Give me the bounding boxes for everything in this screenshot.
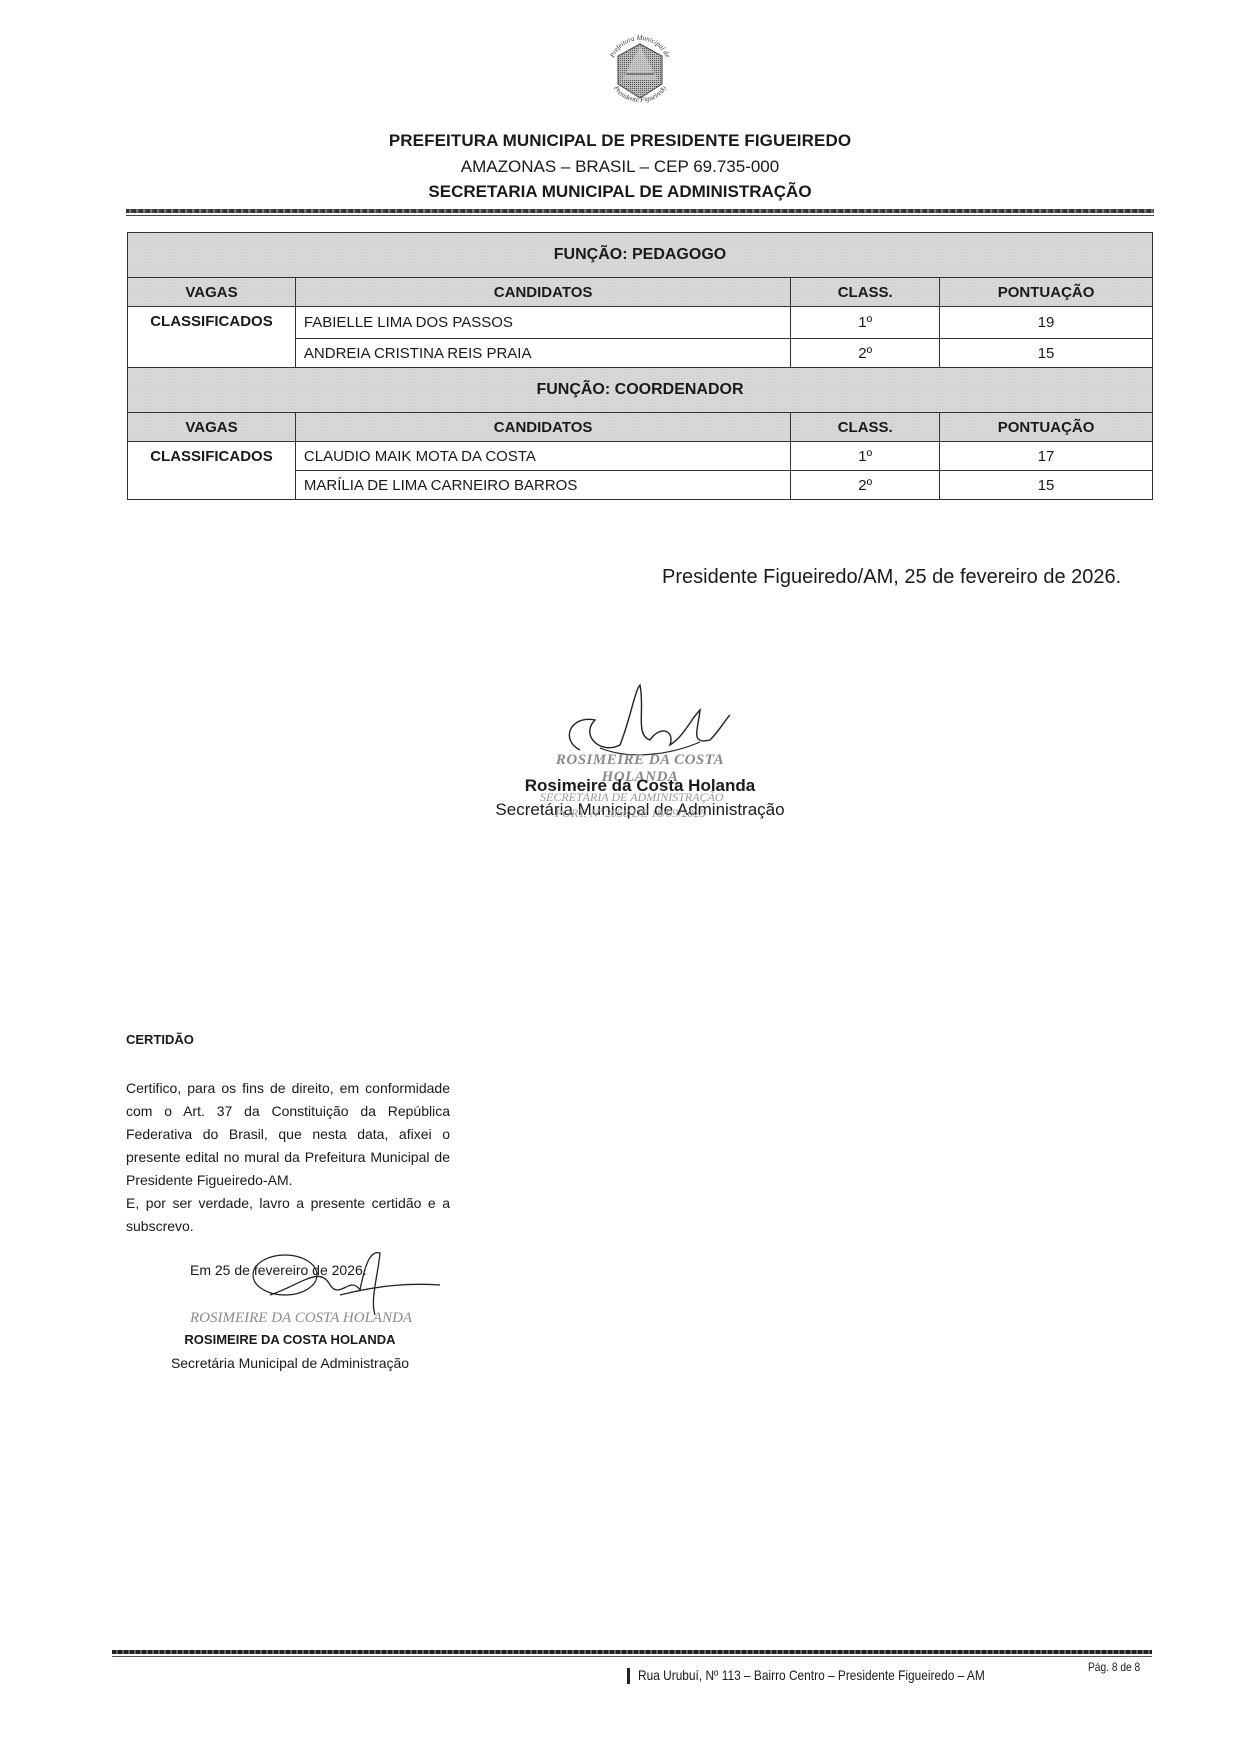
candidate-name: FABIELLE LIMA DOS PASSOS	[295, 307, 790, 339]
table-row: CLASSIFICADOS FABIELLE LIMA DOS PASSOS 1…	[128, 307, 1153, 339]
certidao-heading: CERTIDÃO	[126, 1032, 194, 1047]
column-header-row: VAGAS CANDIDATOS CLASS. PONTUAÇÃO	[128, 413, 1153, 442]
date-line: Presidente Figueiredo/AM, 25 de fevereir…	[662, 566, 1121, 589]
stamp-role: SECRETÁRIA DE ADMINISTRAÇÃO	[540, 790, 724, 805]
candidate-name: CLAUDIO MAIK MOTA DA COSTA	[295, 442, 790, 471]
header-divider	[126, 209, 1154, 213]
vagas-classificados: CLASSIFICADOS	[128, 307, 296, 368]
candidate-score: 15	[940, 339, 1153, 368]
header-department: SECRETARIA MUNICIPAL DE ADMINISTRAÇÃO	[0, 182, 1240, 202]
results-table: FUNÇÃO: PEDAGOGO VAGAS CANDIDATOS CLASS.…	[127, 232, 1153, 500]
candidate-score: 19	[940, 307, 1153, 339]
function-title: FUNÇÃO: PEDAGOGO	[128, 233, 1153, 278]
footer-address: Rua Urubuí, Nº 113 – Bairro Centro – Pre…	[638, 1667, 985, 1683]
stamp-decree: PORT. Nº 2056 DE 18/09/2025	[555, 806, 706, 821]
candidate-class: 2º	[791, 339, 940, 368]
vagas-classificados: CLASSIFICADOS	[128, 442, 296, 500]
candidate-score: 17	[940, 442, 1153, 471]
column-header-candidatos: CANDIDATOS	[295, 413, 790, 442]
footer-bar-icon	[627, 1668, 630, 1684]
footer-divider-thin	[112, 1656, 1152, 1657]
certidao-body: Certifico, para os fins de direito, em c…	[126, 1077, 450, 1238]
function-title-row: FUNÇÃO: PEDAGOGO	[128, 233, 1153, 278]
municipal-seal-icon: Prefeitura Municipal de Presidente Figue…	[600, 18, 680, 118]
function-title-row: FUNÇÃO: COORDENADOR	[128, 368, 1153, 413]
table-row: CLASSIFICADOS CLAUDIO MAIK MOTA DA COSTA…	[128, 442, 1153, 471]
column-header-class: CLASS.	[791, 413, 940, 442]
page-number: Pág. 8 de 8	[1088, 1660, 1140, 1674]
header-title: PREFEITURA MUNICIPAL DE PRESIDENTE FIGUE…	[0, 131, 1240, 151]
column-header-pontuacao: PONTUAÇÃO	[940, 413, 1153, 442]
certidao-stamp: ROSIMEIRE DA COSTA HOLANDA	[190, 1310, 412, 1327]
certidao-paragraph: Certifico, para os fins de direito, em c…	[126, 1077, 450, 1192]
header-subtitle: AMAZONAS – BRASIL – CEP 69.735-000	[0, 157, 1240, 177]
certidao-paragraph: E, por ser verdade, lavro a presente cer…	[126, 1192, 450, 1238]
column-header-vagas: VAGAS	[128, 413, 296, 442]
function-title: FUNÇÃO: COORDENADOR	[128, 368, 1153, 413]
candidate-name: ANDREIA CRISTINA REIS PRAIA	[295, 339, 790, 368]
column-header-class: CLASS.	[791, 278, 940, 307]
candidate-class: 2º	[791, 471, 940, 500]
column-header-pontuacao: PONTUAÇÃO	[940, 278, 1153, 307]
candidate-name: MARÍLIA DE LIMA CARNEIRO BARROS	[295, 471, 790, 500]
column-header-candidatos: CANDIDATOS	[295, 278, 790, 307]
header-divider-thin	[126, 215, 1154, 216]
column-header-vagas: VAGAS	[128, 278, 296, 307]
candidate-class: 1º	[791, 442, 940, 471]
certidao-signatory-name: ROSIMEIRE DA COSTA HOLANDA	[160, 1332, 420, 1347]
candidate-class: 1º	[791, 307, 940, 339]
footer-divider	[112, 1650, 1152, 1654]
column-header-row: VAGAS CANDIDATOS CLASS. PONTUAÇÃO	[128, 278, 1153, 307]
candidate-score: 15	[940, 471, 1153, 500]
certidao-signatory-role: Secretária Municipal de Administração	[150, 1355, 430, 1371]
